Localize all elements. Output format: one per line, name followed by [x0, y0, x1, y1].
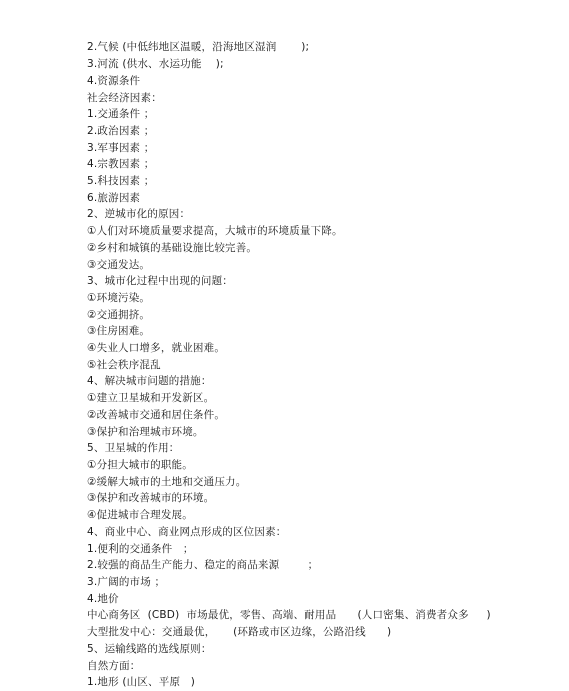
text-line: ②交通拥挤。 — [87, 308, 150, 322]
text-line: 3.河流 (供水、水运功能 ); — [87, 57, 224, 71]
text-line: 2.气候 (中低纬地区温暖，沿海地区湿润 ); — [87, 40, 309, 54]
text-line: ②改善城市交通和居住条件。 — [87, 408, 225, 422]
text-line: 1.便利的交通条件 ； — [87, 542, 194, 556]
text-line: 4.资源条件 — [87, 74, 140, 88]
text-line: ①环境污染。 — [87, 291, 150, 305]
text-line: 3.军事因素 ； — [87, 141, 154, 155]
text-line: 6.旅游因素 — [87, 191, 140, 205]
text-line: ③住房困难。 — [87, 324, 150, 338]
text-line: 5、运输线路的选线原则： — [87, 642, 212, 656]
text-line: 4、商业中心、商业网点形成的区位因素： — [87, 525, 286, 539]
text-line: 2.较强的商品生产能力、稳定的商品来源 ； — [87, 558, 318, 572]
text-line: 2.政治因素 ； — [87, 124, 154, 138]
text-line: ①建立卫星城和开发新区。 — [87, 391, 214, 405]
text-line: 5、卫星城的作用： — [87, 441, 179, 455]
text-line: 3.广阔的市场 ； — [87, 575, 165, 589]
text-line: 2、逆城市化的原因： — [87, 207, 190, 221]
text-line: 1.交通条件 ； — [87, 107, 154, 121]
text-line: 社会经济因素： — [87, 91, 162, 105]
text-line: ④促进城市合理发展。 — [87, 508, 193, 522]
text-line: ②缓解大城市的土地和交通压力。 — [87, 475, 246, 489]
text-line: ⑤社会秩序混乱 — [87, 358, 161, 372]
text-line: ③保护和改善城市的环境。 — [87, 491, 214, 505]
text-line: 中心商务区 (CBD) 市场最优，零售、高端、耐用品 (人口密集、消费者众多 ) — [87, 608, 491, 622]
text-line: 3、城市化过程中出现的问题： — [87, 274, 233, 288]
text-line: 4.宗教因素 ； — [87, 157, 154, 171]
text-line: 1.地形 (山区、平原 ) — [87, 675, 195, 689]
text-line: ②乡村和城镇的基础设施比较完善。 — [87, 241, 257, 255]
text-line: 5.科技因素 ； — [87, 174, 154, 188]
text-line: 4.地价 — [87, 592, 119, 606]
text-line: ④失业人口增多，就业困难。 — [87, 341, 225, 355]
text-line: 大型批发中心：交通最优， (环路或市区边缘，公路沿线 ) — [87, 625, 391, 639]
text-line: ③交通发达。 — [87, 258, 150, 272]
text-line: ①分担大城市的职能。 — [87, 458, 193, 472]
text-line: ③保护和治理城市环境。 — [87, 425, 204, 439]
document-page: 2.气候 (中低纬地区温暖，沿海地区湿润 );3.河流 (供水、水运功能 );4… — [0, 0, 569, 691]
text-line: 自然方面： — [87, 659, 141, 673]
text-line: 4、解决城市问题的措施： — [87, 374, 212, 388]
text-line: ①人们对环境质量要求提高，大城市的环境质量下降。 — [87, 224, 343, 238]
